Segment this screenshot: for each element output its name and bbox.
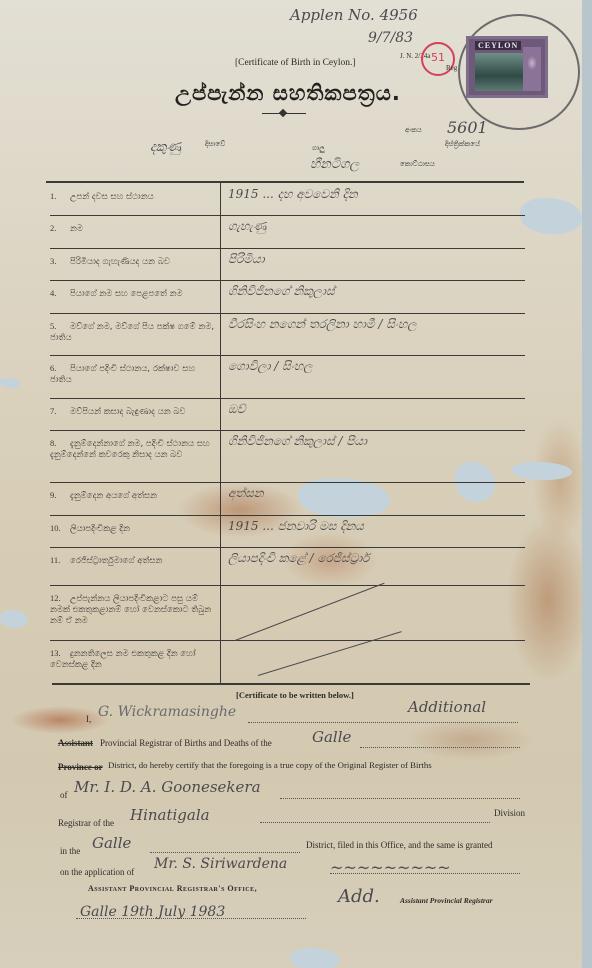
king-portrait-icon [523, 47, 541, 91]
signature-scribble: ~~~~~~~~~ [330, 858, 451, 877]
table-bottom-border [52, 683, 530, 685]
certificate-paper: Applen No. 4956 9/7/83 J. N. 2/24a 51 Re… [0, 0, 582, 968]
fill-line [150, 852, 300, 853]
row-number: 4. [50, 288, 70, 299]
table-row-value: ගොවිලා / සිංහල [228, 359, 312, 373]
row-divider [50, 430, 525, 431]
cert-district-value: Galle [312, 728, 351, 746]
row-number: 5. [50, 321, 70, 332]
row-number: 6. [50, 363, 70, 374]
cert-line3-text: District, do hereby certify that the for… [108, 760, 432, 770]
row-number: 10. [50, 523, 70, 534]
row-divider [50, 640, 525, 641]
row-divider [50, 482, 525, 483]
table-row-label: 7.මව්පියන් කසාද බැඳුණාද යන බව [50, 406, 215, 418]
table-row-label: 5.මව්ගේ නම, මව්ගේ පිය පක්ෂ ගමේ නම, ජාතිය [50, 321, 215, 344]
torn-area [512, 462, 572, 480]
cert-strike-assistant: Assistant [58, 738, 93, 748]
table-row-value: ඔව් [228, 402, 246, 416]
row-label-text: නම [70, 224, 83, 234]
row-label-text: උපන් දවස සහ ස්ථානය [70, 192, 154, 202]
table-row-label: 9.දැනුම්දෙන අයගේ අත්සන [50, 490, 215, 502]
fill-line [248, 722, 518, 723]
torn-area [520, 198, 582, 234]
torn-area [0, 378, 20, 388]
cert-line1-prefix: I, [86, 714, 91, 724]
row-number: 3. [50, 256, 70, 267]
stamp-country: CEYLON [475, 41, 521, 50]
application-date: 9/7/83 [368, 30, 413, 46]
table-row-value: අත්සන [228, 486, 264, 500]
row-number: 8. [50, 438, 70, 449]
fill-line [260, 822, 490, 823]
number-label: අංකය [405, 126, 422, 135]
table-row-label: 8.දැනුම්දෙන්නාගේ නම, පදිංචි ස්ථානය සහ දැ… [50, 438, 215, 461]
cert-line6-district: Galle [92, 834, 131, 852]
division-label: දිස්ත්‍රික්කයේ [445, 140, 480, 149]
fill-line [360, 747, 520, 748]
table-row-label: 12.උප්පැන්නය ලියාපදිංචිකළාට පසු යම් නමක්… [50, 593, 215, 627]
row-divider [50, 398, 525, 399]
row-number: 12. [50, 593, 70, 604]
title-sinhala: උප්පැන්න සහතිකපත්‍රය. [175, 81, 401, 106]
registrar-name: G. Wickramasinghe [98, 704, 236, 720]
cert-line2-text: Provincial Registrar of Births and Death… [100, 738, 272, 748]
row-label-text: දැනුම්දෙන අයගේ අත්සන [70, 491, 157, 501]
cert-line6-prefix: in the [60, 846, 80, 856]
row-label-text: රෙජිස්ට්‍රාර්තුමාගේ අත්සන [70, 556, 162, 566]
table-row-label: 10.ලියාපදිංචිකළ දින [50, 523, 215, 535]
row-number: 13. [50, 648, 70, 659]
cert-line6-suffix: District, filed in this Office, and the … [306, 840, 493, 850]
division-handwritten: හීනටිගල [310, 157, 359, 172]
blank-strike-line [258, 631, 402, 676]
certificate-heading: [Certificate to be written below.] [236, 690, 354, 700]
row-divider [50, 280, 525, 281]
row-label-text: දුනනතිලෙස නම එකතුකළ දින හෝ වෙනස්කළ දින [50, 649, 196, 670]
table-row-label: 2.නම [50, 223, 215, 235]
table-row-value: ගිනිවිජිනගේ නිකුලාස් [228, 284, 335, 298]
row-number: 9. [50, 490, 70, 501]
table-row-value: ගැහැණු [228, 219, 266, 233]
elephant-scene-icon [475, 53, 525, 91]
row-label-text: ලියාපදිංචිකළ දින [70, 524, 130, 534]
cert-line5-suffix: Division [494, 808, 525, 818]
row-divider [50, 585, 525, 586]
cert-registrar-of: Mr. I. D. A. Goonesekera [74, 778, 261, 796]
postage-stamp-icon: CEYLON [466, 36, 548, 98]
signatory-title: Assistant Provincial Registrar [400, 896, 493, 905]
table-column-divider [220, 181, 221, 683]
row-number: 11. [50, 555, 70, 566]
row-divider [50, 248, 525, 249]
fill-line [76, 918, 306, 919]
row-label-text: මව්පියන් කසාද බැඳුණාද යන බව [70, 407, 186, 417]
registrar-office-label: Assistant Provincial Registrar's Office, [88, 884, 257, 893]
table-row-value: 1915 ... දහ අවවෙනි දින [228, 187, 358, 201]
row-number: 7. [50, 406, 70, 417]
province-handwritten: දකුණු [150, 140, 181, 155]
signature: Add. [338, 886, 380, 907]
table-row-label: 13.දුනනතිලෙස නම එකතුකළ දින හෝ වෙනස්කළ දි… [50, 648, 215, 671]
district-label: ගාලු [312, 144, 325, 153]
table-row-label: 3.පිරිමියාද ගැහැණියද යන බව [50, 256, 215, 268]
row-label-text: මව්ගේ නම, මව්ගේ පිය පක්ෂ ගමේ නම, ජාතිය [50, 322, 214, 343]
table-row-label: 6.පියාගේ පදිංචි ස්ථානය, රක්ෂාව සහ ජාතිය [50, 363, 215, 386]
table-row-label: 4.පියාගේ නම සහ පෙළපතේ නම [50, 288, 215, 300]
torn-area [290, 948, 340, 968]
table-row-value: ලියාපදිංචි කළේ / රෙජිස්ට්‍රාර් [228, 551, 369, 565]
application-number: Applen No. 4956 [290, 6, 418, 24]
cert-line4-prefix: of [60, 790, 68, 800]
certificate-number: 5601 [447, 118, 488, 137]
section-label: කොට්ඨාසය [400, 160, 435, 169]
table-top-border [46, 181, 524, 183]
table-row-label: 1.උපන් දවස සහ ස්ථානය [50, 191, 215, 203]
torn-area [298, 478, 390, 518]
cert-strike-province: Province or [58, 762, 103, 772]
ornament-divider [262, 113, 306, 114]
cert-division-value: Hinatigala [130, 806, 210, 824]
row-number: 1. [50, 191, 70, 202]
table-row-value: පිරිමියා [228, 252, 265, 266]
row-divider [50, 547, 525, 548]
cert-line7-prefix: on the application of [60, 867, 134, 877]
table-row-value: 1915 ... ජනවාරි මස දිනය [228, 519, 364, 533]
title-english: [Certificate of Birth in Ceylon.] [235, 58, 356, 68]
row-divider [50, 313, 525, 314]
row-label-text: පිරිමියාද ගැහැණියද යන බව [70, 257, 170, 267]
registrar-designation: Additional [408, 698, 486, 716]
row-label-text: පියාගේ නම සහ පෙළපතේ නම [70, 289, 183, 299]
row-divider [50, 215, 525, 216]
table-row-value: වීරසිංහ නගෙන් තරලිනා හාමී / සිංහල [228, 317, 417, 331]
row-divider [50, 355, 525, 356]
row-label-text: දැනුම්දෙන්නාගේ නම, පදිංචි ස්ථානය සහ දැනු… [50, 439, 210, 460]
fill-line [280, 798, 520, 799]
row-number: 2. [50, 223, 70, 234]
table-row-label: 11.රෙජිස්ට්‍රාර්තුමාගේ අත්සන [50, 555, 215, 567]
blank-strike-line [235, 583, 385, 641]
row-divider [50, 515, 525, 516]
province-label: දිසාවේ [205, 140, 225, 149]
table-row-value: ගිනිවිජිනගේ නිකුලාස් / පියා [228, 434, 367, 448]
cert-applicant-name: Mr. S. Siriwardena [154, 856, 287, 872]
cert-line5-prefix: Registrar of the [58, 818, 114, 828]
reg-label: Reg [446, 64, 457, 72]
torn-area [0, 610, 28, 628]
row-label-text: උප්පැන්නය ලියාපදිංචිකළාට පසු යම් නමක් එක… [50, 594, 211, 626]
row-label-text: පියාගේ පදිංචි ස්ථානය, රක්ෂාව සහ ජාතිය [50, 364, 195, 385]
